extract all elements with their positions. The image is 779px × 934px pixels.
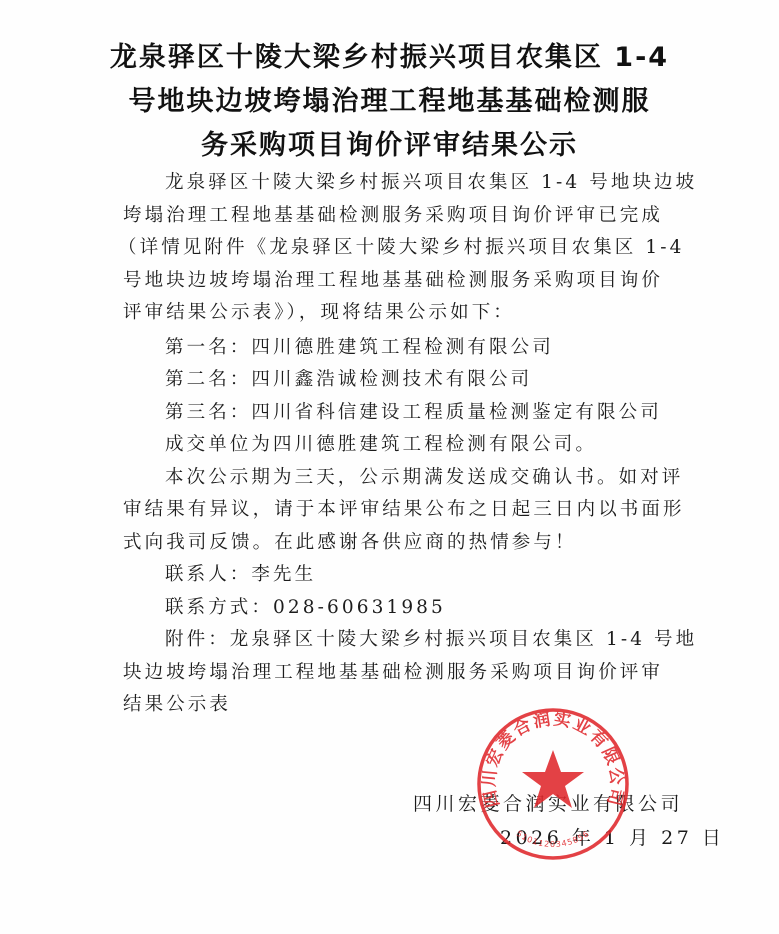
ranking-1: 第一名：四川德胜建筑工程检测有限公司 [165, 336, 554, 360]
notice-line-3: 式向我司反馈。在此感谢各供应商的热情参与！ [123, 531, 577, 555]
official-seal-icon: 四川宏菱合润实业有限公司 5101120345856 [475, 706, 631, 862]
attachment-line-2: 块边坡垮塌治理工程地基基础检测服务采购项目询价评审 [123, 661, 663, 685]
attachment-line-3: 结果公示表 [123, 693, 231, 717]
winner-line: 成交单位为四川德胜建筑工程检测有限公司。 [165, 433, 597, 457]
title-line-1: 龙泉驿区十陵大梁乡村振兴项目农集区 1-4 [0, 41, 779, 75]
notice-line-1: 本次公示期为三天，公示期满发送成交确认书。如对评 [165, 466, 683, 490]
attachment-line-1: 附件：龙泉驿区十陵大梁乡村振兴项目农集区 1-4 号地 [165, 628, 697, 652]
ranking-2: 第二名：四川鑫浩诚检测技术有限公司 [165, 368, 532, 392]
title-line-3: 务采购项目询价评审结果公示 [0, 129, 779, 163]
ranking-2-company: 四川鑫浩诚检测技术有限公司 [251, 369, 532, 390]
intro-line-2: 垮塌治理工程地基基础检测服务采购项目询价评审已完成 [123, 204, 663, 228]
intro-line-5: 评审结果公示表》），现将结果公示如下： [123, 301, 515, 325]
contact-person: 联系人：李先生 [165, 563, 316, 587]
intro-line-4: 号地块边坡垮塌治理工程地基基础检测服务采购项目询价 [123, 269, 663, 293]
ranking-2-label: 第二名： [165, 369, 251, 390]
ranking-3: 第三名：四川省科信建设工程质量检测鉴定有限公司 [165, 401, 662, 425]
intro-line-1: 龙泉驿区十陵大梁乡村振兴项目农集区 1-4 号地块边坡 [165, 171, 697, 195]
document-page: 龙泉驿区十陵大梁乡村振兴项目农集区 1-4 号地块边坡垮塌治理工程地基基础检测服… [0, 0, 779, 934]
intro-line-3: （详情见附件《龙泉驿区十陵大梁乡村振兴项目农集区 1-4 [118, 236, 684, 260]
title-line-2: 号地块边坡垮塌治理工程地基基础检测服 [0, 85, 779, 119]
contact-phone: 联系方式：028-60631985 [165, 596, 446, 620]
svg-text:5101120345856: 5101120345856 [515, 829, 591, 849]
notice-line-2: 审结果有异议，请于本评审结果公布之日起三日内以书面形 [123, 498, 685, 522]
ranking-3-company: 四川省科信建设工程质量检测鉴定有限公司 [251, 402, 661, 423]
ranking-1-label: 第一名： [165, 337, 251, 358]
ranking-3-label: 第三名： [165, 402, 251, 423]
ranking-1-company: 四川德胜建筑工程检测有限公司 [251, 337, 553, 358]
